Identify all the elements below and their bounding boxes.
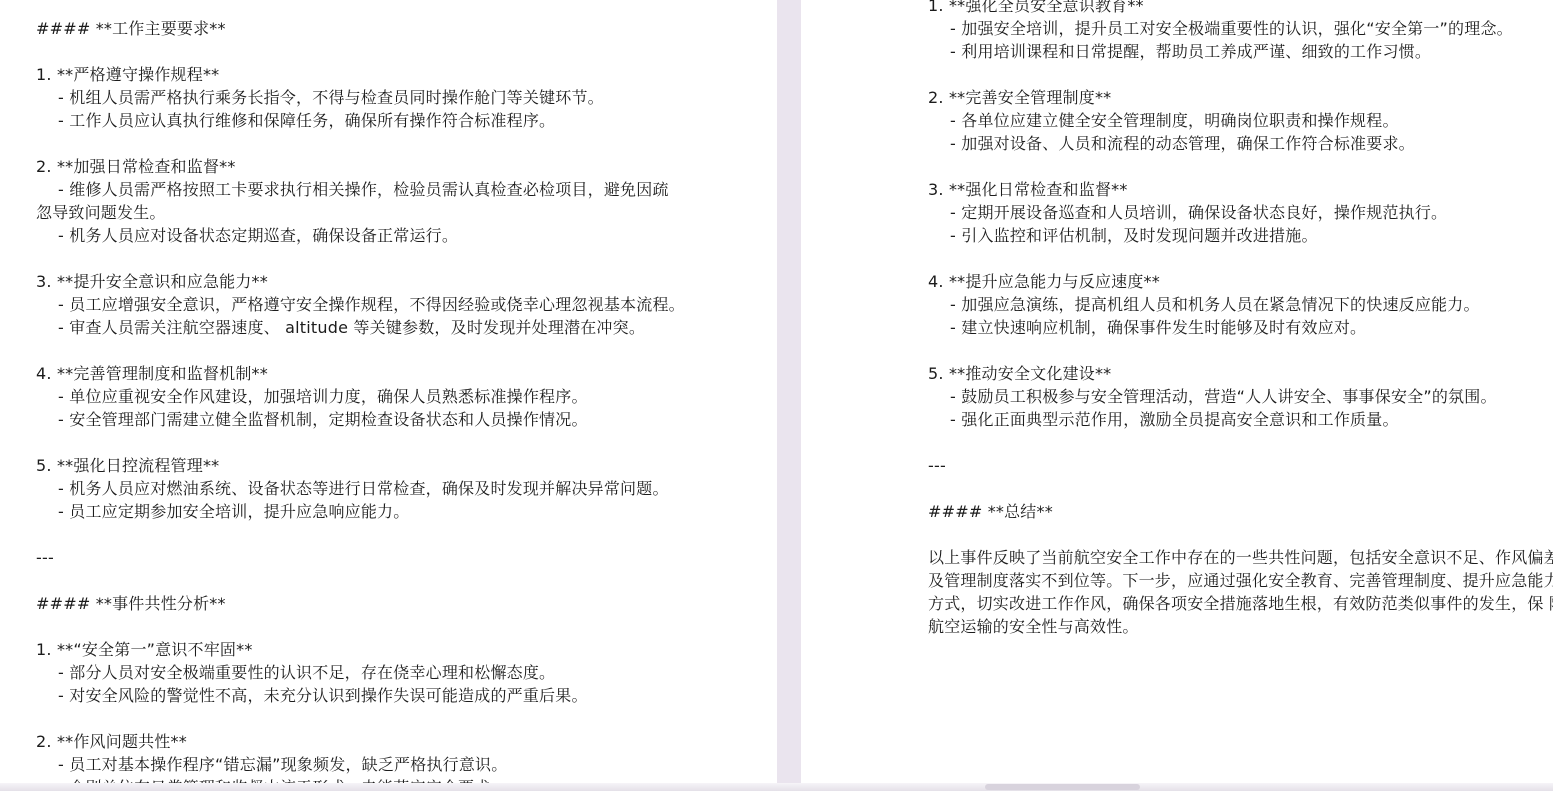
document-line: 4. **提升应急能力与反应速度** (928, 270, 1553, 293)
document-line: 2. **完善安全管理制度** (928, 86, 1553, 109)
document-line: #### **事件共性分析** (36, 592, 777, 615)
document-line: #### **工作主要要求** (36, 17, 777, 40)
document-line: 1. **“安全第一”意识不牢固** (36, 638, 777, 661)
document-line: 方式，切实改进工作作风，确保各项安全措施落地生根，有效防范类似事件的发生，保 障 (928, 592, 1553, 615)
page-gap (777, 0, 801, 783)
document-line (928, 523, 1553, 546)
document-line: - 加强应急演练，提高机组人员和机务人员在紧急情况下的快速反应能力。 (928, 293, 1553, 316)
document-line: 1. **强化全员安全意识教育** (928, 0, 1553, 17)
document-line: - 审查人员需关注航空器速度、 altitude 等关键参数，及时发现并处理潜在… (36, 316, 777, 339)
document-line: - 建立快速响应机制，确保事件发生时能够及时有效应对。 (928, 316, 1553, 339)
document-line: - 工作人员应认真执行维修和保障任务，确保所有操作符合标准程序。 (36, 109, 777, 132)
document-line: - 加强安全培训，提升员工对安全极端重要性的认识，强化“安全第一”的理念。 (928, 17, 1553, 40)
document-line: --- (36, 546, 777, 569)
document-line: - 部分人员对安全极端重要性的认识不足，存在侥幸心理和松懈态度。 (36, 661, 777, 684)
document-line: - 个别单位在日常管理和监督中流于形式，未能落实安全要求。 (36, 776, 777, 783)
document-line: - 加强对设备、人员和流程的动态管理，确保工作符合标准要求。 (928, 132, 1553, 155)
document-line: - 员工应增强安全意识，严格遵守安全操作规程，不得因经验或侥幸心理忽视基本流程。 (36, 293, 777, 316)
document-line: - 员工应定期参加安全培训，提升应急响应能力。 (36, 500, 777, 523)
document-line: - 各单位应建立健全安全管理制度，明确岗位职责和操作规程。 (928, 109, 1553, 132)
document-line: 以上事件反映了当前航空安全工作中存在的一些共性问题，包括安全意识不足、作风偏差以 (928, 546, 1553, 569)
document-line (36, 40, 777, 63)
document-line: 3. **强化日常检查和监督** (928, 178, 1553, 201)
document-line: 4. **完善管理制度和监督机制** (36, 362, 777, 385)
document-line: 忽导致问题发生。 (36, 201, 777, 224)
document-line (36, 523, 777, 546)
document-line: - 安全管理部门需建立健全监督机制，定期检查设备状态和人员操作情况。 (36, 408, 777, 431)
document-line: - 引入监控和评估机制，及时发现问题并改进措施。 (928, 224, 1553, 247)
document-line (928, 247, 1553, 270)
document-line (36, 569, 777, 592)
document-view: #### **工作主要要求**1. **严格遵守操作规程**- 机组人员需严格执… (0, 0, 1553, 791)
document-line: - 机务人员应对燃油系统、设备状态等进行日常检查，确保及时发现并解决异常问题。 (36, 477, 777, 500)
document-line (36, 132, 777, 155)
document-line (928, 477, 1553, 500)
document-line: 1. **严格遵守操作规程** (36, 63, 777, 86)
document-line (928, 431, 1553, 454)
document-line (928, 155, 1553, 178)
document-line: 5. **推动安全文化建设** (928, 362, 1553, 385)
document-line: - 员工对基本操作程序“错忘漏”现象频发，缺乏严格执行意识。 (36, 753, 777, 776)
document-page-1[interactable]: #### **工作主要要求**1. **严格遵守操作规程**- 机组人员需严格执… (0, 0, 777, 783)
document-line (36, 247, 777, 270)
document-line: - 利用培训课程和日常提醒，帮助员工养成严谨、细致的工作习惯。 (928, 40, 1553, 63)
document-line: 航空运输的安全性与高效性。 (928, 615, 1553, 638)
document-line (36, 339, 777, 362)
document-line: 5. **强化日控流程管理** (36, 454, 777, 477)
document-line (36, 707, 777, 730)
document-line (928, 63, 1553, 86)
document-line: - 单位应重视安全作风建设，加强培训力度，确保人员熟悉标准操作程序。 (36, 385, 777, 408)
page-2-text: 1. **强化全员安全意识教育**- 加强安全培训，提升员工对安全极端重要性的认… (801, 0, 1553, 638)
document-line: 2. **加强日常检查和监督** (36, 155, 777, 178)
document-page-2[interactable]: 1. **强化全员安全意识教育**- 加强安全培训，提升员工对安全极端重要性的认… (801, 0, 1553, 783)
document-line: - 对安全风险的警觉性不高，未充分认识到操作失误可能造成的严重后果。 (36, 684, 777, 707)
document-line: - 机务人员应对设备状态定期巡查，确保设备正常运行。 (36, 224, 777, 247)
document-line: #### **总结** (928, 500, 1553, 523)
horizontal-scrollbar-thumb[interactable] (985, 784, 1140, 790)
document-line: --- (928, 454, 1553, 477)
page-1-text: #### **工作主要要求**1. **严格遵守操作规程**- 机组人员需严格执… (0, 0, 777, 783)
document-line: - 维修人员需严格按照工卡要求执行相关操作，检验员需认真检查必检项目，避免因疏 (36, 178, 777, 201)
document-line (36, 615, 777, 638)
document-line: 及管理制度落实不到位等。下一步，应通过强化安全教育、完善管理制度、提升应急能力等 (928, 569, 1553, 592)
horizontal-scrollbar[interactable] (0, 783, 1553, 791)
document-line: 2. **作风问题共性** (36, 730, 777, 753)
document-line: - 定期开展设备巡查和人员培训，确保设备状态良好，操作规范执行。 (928, 201, 1553, 224)
document-line: - 机组人员需严格执行乘务长指令，不得与检查员同时操作舱门等关键环节。 (36, 86, 777, 109)
document-line: - 鼓励员工积极参与安全管理活动，营造“人人讲安全、事事保安全”的氛围。 (928, 385, 1553, 408)
document-line: - 强化正面典型示范作用，激励全员提高安全意识和工作质量。 (928, 408, 1553, 431)
document-line (36, 431, 777, 454)
document-line (928, 339, 1553, 362)
document-line: 3. **提升安全意识和应急能力** (36, 270, 777, 293)
